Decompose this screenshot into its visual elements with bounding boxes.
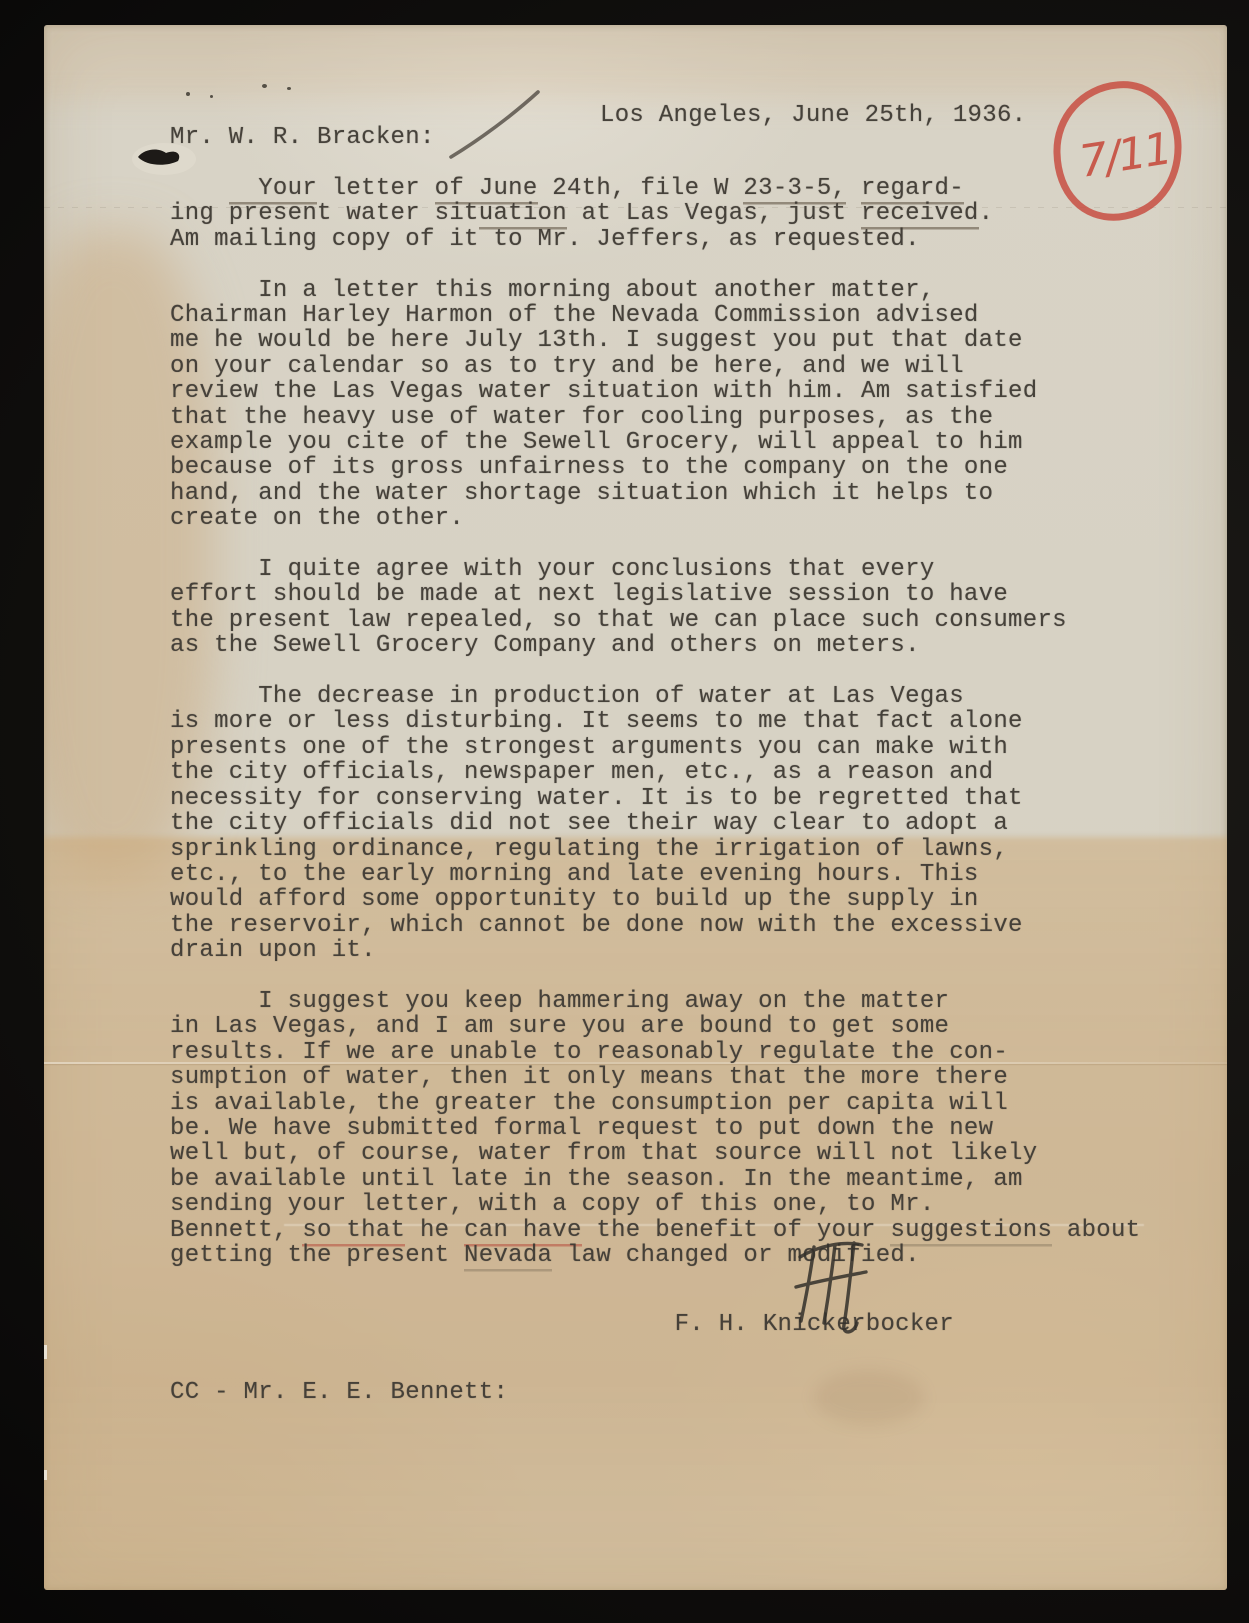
letter-line: sending your letter, with a copy of this… — [170, 1192, 1200, 1217]
letter-line: hand, and the water shortage situation w… — [170, 481, 1200, 506]
letter-line: the city officials, newspaper men, etc.,… — [170, 760, 1200, 785]
letter-line: would afford some opportunity to build u… — [170, 887, 1200, 912]
ink-speck — [262, 84, 267, 88]
date-line: Los Angeles, June 25th, 1936. — [600, 103, 1026, 128]
letter-line: that the heavy use of water for cooling … — [170, 405, 1200, 430]
scan-background: { "letter": { "date_line": "Los Angeles,… — [0, 0, 1249, 1623]
letter-line: the city officials did not see their way… — [170, 811, 1200, 836]
letter-line: review the Las Vegas water situation wit… — [170, 379, 1200, 404]
underline-mark: can have — [464, 1217, 582, 1244]
letter-line: the present law repealed, so that we can… — [170, 608, 1200, 633]
letter-line: because of its gross unfairness to the c… — [170, 455, 1200, 480]
letter-line: sprinkling ordinance, regulating the irr… — [170, 837, 1200, 862]
letter-line: be. We have submitted formal request to … — [170, 1116, 1200, 1141]
letter-line: The decrease in production of water at L… — [170, 684, 1200, 709]
underline-mark: 23-3-5, — [743, 175, 846, 202]
signature-block: F. H. Knickerbocker — [617, 1294, 1200, 1355]
letter-paragraph: In a letter this morning about another m… — [170, 278, 1200, 532]
letter-line: Your letter of June 24th, file W 23-3-5,… — [170, 176, 1200, 201]
letter-paragraph: The decrease in production of water at L… — [170, 684, 1200, 963]
underline-mark: received — [861, 200, 979, 227]
letter-line: sumption of water, then it only means th… — [170, 1065, 1200, 1090]
letter-line: effort should be made at next legislativ… — [170, 582, 1200, 607]
letter-line: is available, the greater the consumptio… — [170, 1091, 1200, 1116]
letter-line: results. If we are unable to reasonably … — [170, 1040, 1200, 1065]
letter-line: presents one of the strongest arguments … — [170, 735, 1200, 760]
letter-paragraph: I suggest you keep hammering away on the… — [170, 989, 1200, 1268]
handwritten-initials — [788, 1235, 888, 1340]
pencil-slash-mark — [444, 87, 544, 162]
salutation-line: Mr. W. R. Bracken: — [170, 125, 435, 150]
letter-paragraphs: Your letter of June 24th, file W 23-3-5,… — [170, 176, 1200, 1268]
letter-line: Am mailing copy of it to Mr. Jeffers, as… — [170, 227, 1200, 252]
letter-line: etc., to the early morning and late even… — [170, 862, 1200, 887]
letter-paper: Mr. W. R. Bracken: Los Angeles, June 25t… — [44, 25, 1227, 1590]
letter-line: Chairman Harley Harmon of the Nevada Com… — [170, 303, 1200, 328]
letter-line: is more or less disturbing. It seems to … — [170, 709, 1200, 734]
underline-mark: Your — [229, 175, 317, 202]
underline-mark: of June — [435, 175, 538, 202]
underline-mark: suggestions — [890, 1217, 1052, 1244]
underline-mark: Nevada — [464, 1242, 552, 1269]
letter-line: well but, of course, water from that sou… — [170, 1141, 1200, 1166]
letter-line: create on the other. — [170, 506, 1200, 531]
ink-speck — [186, 92, 190, 96]
letter-paragraph: I quite agree with your conclusions that… — [170, 557, 1200, 659]
underline-mark: regard- — [861, 175, 964, 202]
letter-line: the reservoir, which cannot be done now … — [170, 913, 1200, 938]
letter-line: Bennett, so that he can have the benefit… — [170, 1218, 1200, 1243]
ink-speck — [210, 95, 213, 98]
letter-line: as the Sewell Grocery Company and others… — [170, 633, 1200, 658]
underline-mark: so that — [302, 1217, 405, 1244]
letter-line: In a letter this morning about another m… — [170, 278, 1200, 303]
letter-line: on your calendar so as to try and be her… — [170, 354, 1200, 379]
letter-line: I suggest you keep hammering away on the… — [170, 989, 1200, 1014]
letter-line: me he would be here July 13th. I suggest… — [170, 328, 1200, 353]
letter-line: necessity for conserving water. It is to… — [170, 786, 1200, 811]
letter-line: be available until late in the season. I… — [170, 1167, 1200, 1192]
letter-line: example you cite of the Sewell Grocery, … — [170, 430, 1200, 455]
ink-speck — [287, 87, 291, 90]
letter-body: Your letter of June 24th, file W 23-3-5,… — [170, 176, 1200, 1406]
cc-line: CC - Mr. E. E. Bennett: — [170, 1380, 1200, 1405]
letter-line: I quite agree with your conclusions that… — [170, 557, 1200, 582]
letter-line: drain upon it. — [170, 938, 1200, 963]
paper-edge-nick — [44, 1345, 47, 1359]
letter-line: in Las Vegas, and I am sure you are boun… — [170, 1014, 1200, 1039]
letter-line: getting the present Nevada law changed o… — [170, 1243, 1200, 1268]
letter-line: ing present water situation at Las Vegas… — [170, 201, 1200, 226]
paper-edge-nick — [44, 1470, 47, 1480]
underline-mark: uation — [479, 200, 567, 227]
letter-paragraph: Your letter of June 24th, file W 23-3-5,… — [170, 176, 1200, 252]
